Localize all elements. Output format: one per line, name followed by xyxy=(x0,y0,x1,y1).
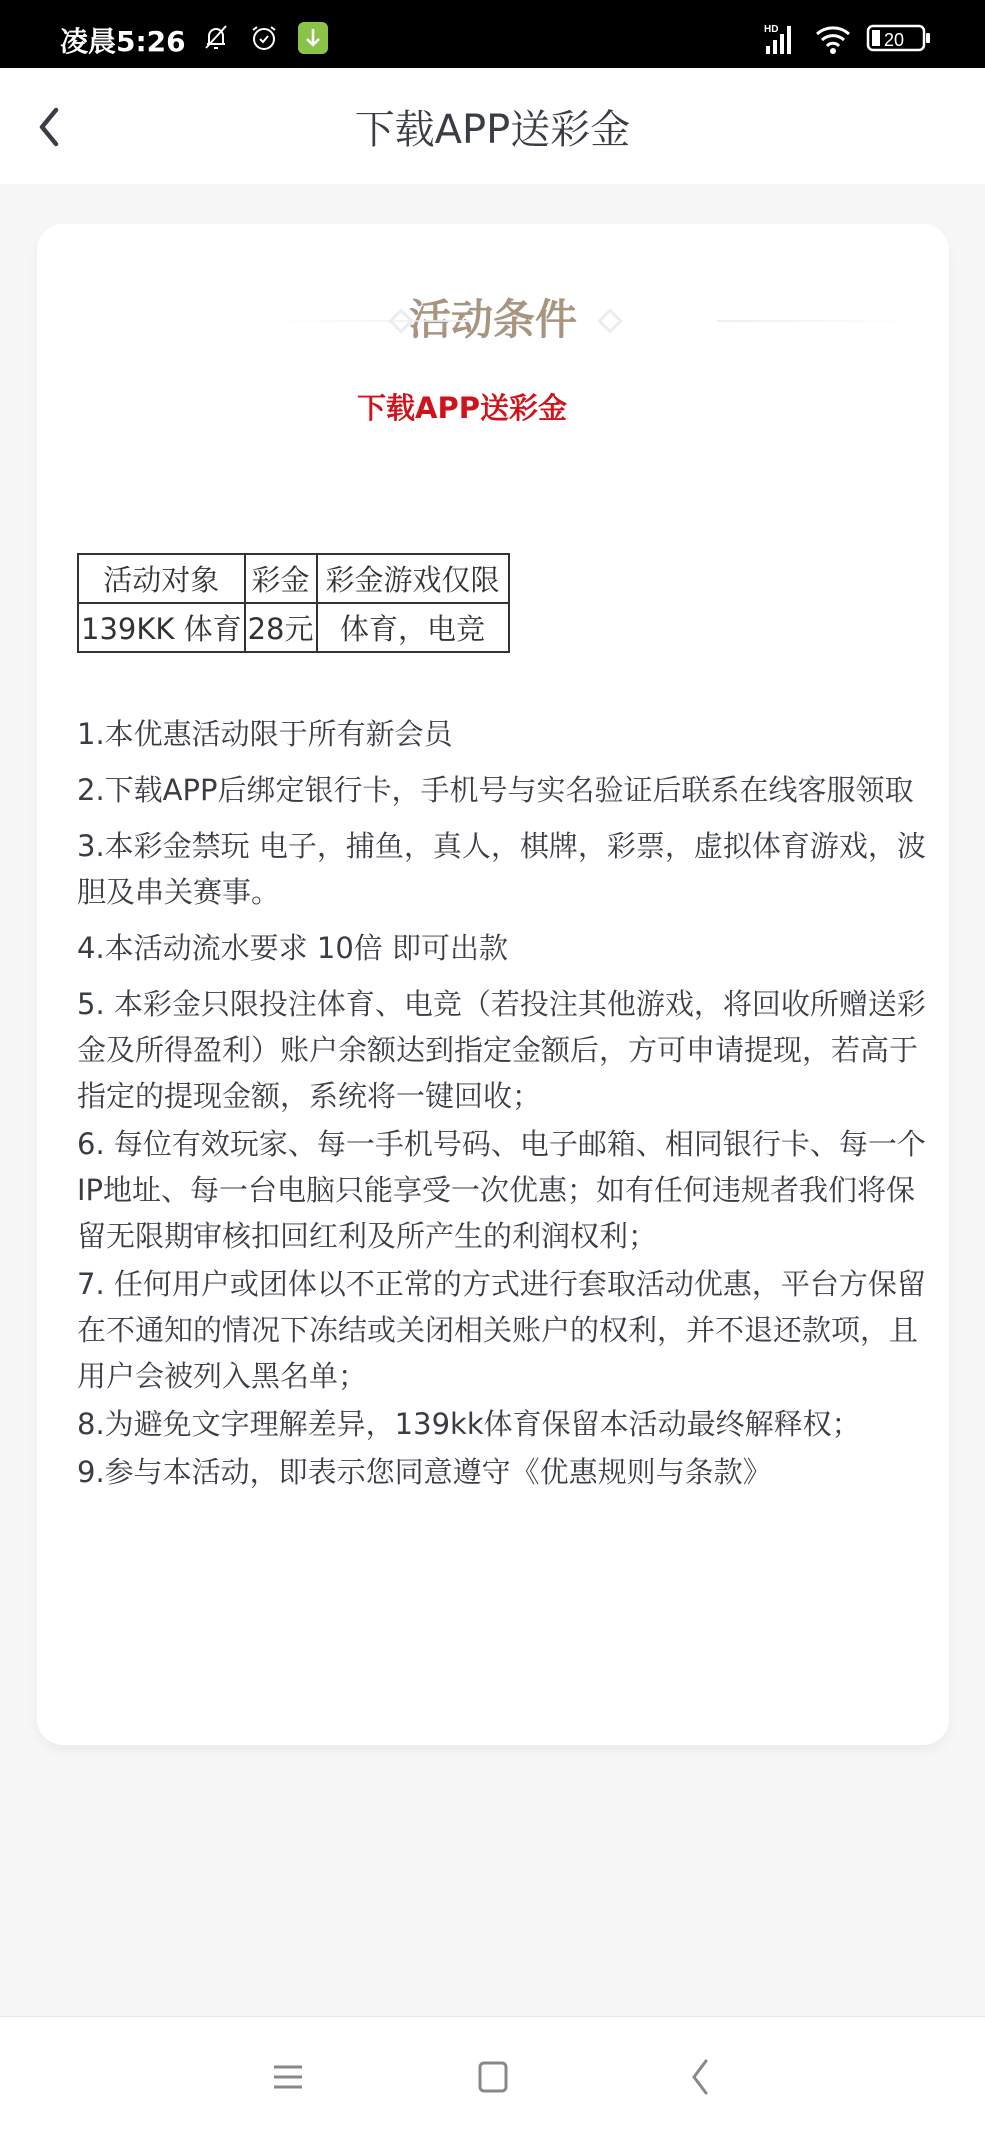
system-nav-bar xyxy=(0,2016,985,2135)
rule-item: 8.为避免文字理解差异，139kk体育保留本活动最终解释权； xyxy=(77,1401,937,1447)
alarm-icon xyxy=(248,22,280,58)
download-app-icon xyxy=(298,22,328,58)
menu-icon xyxy=(268,2057,308,2097)
table-row: 139KK 体育 28元 体育，电竞 xyxy=(78,603,509,652)
svg-text:20: 20 xyxy=(884,30,904,50)
app-bar: 下载APP送彩金 xyxy=(0,68,985,184)
battery-icon: 20 xyxy=(866,22,932,58)
status-time: 凌晨5:26 xyxy=(60,20,186,60)
signal-hd-icon: HD xyxy=(764,22,804,60)
section-header: 活动条件 xyxy=(37,290,949,350)
page-title: 下载APP送彩金 xyxy=(0,98,985,155)
recent-apps-button[interactable] xyxy=(268,2057,308,2097)
table-header: 活动对象 xyxy=(78,554,245,603)
table-cell: 139KK 体育 xyxy=(78,603,245,652)
rule-item: 9.参与本活动，即表示您同意遵守《优惠规则与条款》 xyxy=(77,1449,937,1495)
rule-item: 6. 每位有效玩家、每一手机号码、电子邮箱、相同银行卡、每一个IP地址、每一台电… xyxy=(77,1121,937,1259)
rule-item: 2.下载APP后绑定银行卡，手机号与实名验证后联系在线客服领取 xyxy=(77,767,937,813)
rules-list: 1.本优惠活动限于所有新会员 2.下载APP后绑定银行卡，手机号与实名验证后联系… xyxy=(77,711,937,1497)
home-icon xyxy=(473,2057,513,2097)
home-button[interactable] xyxy=(473,2057,513,2097)
table-cell: 体育，电竞 xyxy=(317,603,509,652)
table-header: 彩金游戏仅限 xyxy=(317,554,509,603)
divider-right xyxy=(717,320,917,322)
promo-subtitle: 下载APP送彩金 xyxy=(37,386,887,427)
diamond-ornament-icon xyxy=(597,308,622,333)
status-bar: 凌晨5:26 HD 20 xyxy=(0,0,985,68)
table-header: 彩金 xyxy=(245,554,317,603)
rule-item: 5. 本彩金只限投注体育、电竞（若投注其他游戏，将回收所赠送彩金及所得盈利）账户… xyxy=(77,981,937,1119)
rule-item: 3.本彩金禁玩 电子，捕鱼，真人，棋牌，彩票，虚拟体育游戏，波胆及串关赛事。 xyxy=(77,823,937,915)
divider-left xyxy=(270,320,470,322)
promo-card: 活动条件 下载APP送彩金 活动对象 彩金 彩金游戏仅限 139KK 体育 28… xyxy=(37,224,949,1745)
wifi-icon xyxy=(814,22,854,60)
promo-table: 活动对象 彩金 彩金游戏仅限 139KK 体育 28元 体育，电竞 xyxy=(77,553,510,653)
rule-item: 1.本优惠活动限于所有新会员 xyxy=(77,711,937,757)
svg-text:HD: HD xyxy=(764,24,778,35)
rule-item: 7. 任何用户或团体以不正常的方式进行套取活动优惠，平台方保留在不通知的情况下冻… xyxy=(77,1261,937,1399)
rule-item: 4.本活动流水要求 10倍 即可出款 xyxy=(77,925,937,971)
table-header-row: 活动对象 彩金 彩金游戏仅限 xyxy=(78,554,509,603)
table-cell: 28元 xyxy=(245,603,317,652)
system-back-button[interactable] xyxy=(680,2057,720,2097)
bell-off-icon xyxy=(200,22,232,58)
back-icon xyxy=(680,2057,720,2097)
